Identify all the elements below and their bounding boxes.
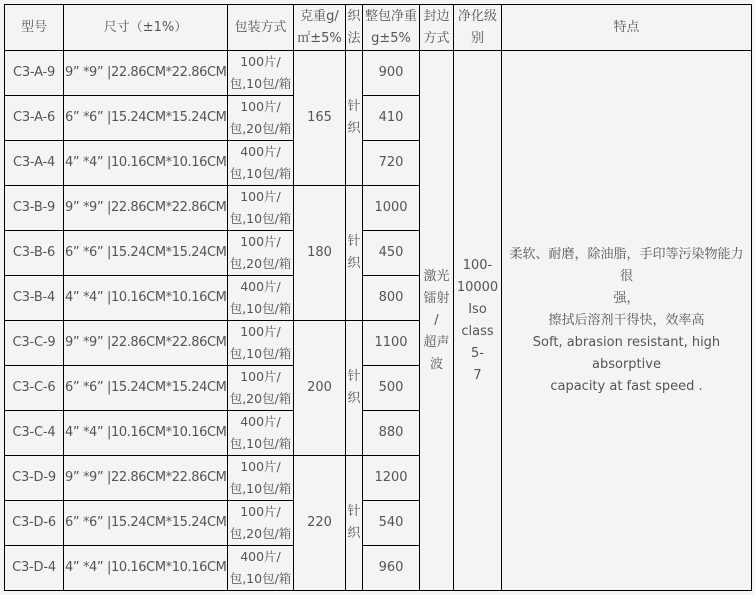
net-weight-cell: 800: [363, 276, 420, 321]
net-weight-cell: 900: [363, 51, 420, 96]
model-cell: C3-A-9: [5, 51, 64, 96]
weave-line2: 织: [346, 118, 362, 140]
packing-cell: 100片/包,20包/箱: [228, 501, 294, 546]
packing-line1: 100片/: [228, 501, 293, 523]
packing-line2: 包,10包/箱: [228, 568, 293, 590]
clean-class-line: 7: [454, 365, 501, 387]
packing-line1: 100片/: [228, 51, 293, 73]
packing-cell: 400片/包,10包/箱: [228, 276, 294, 321]
packing-cell: 100片/包,20包/箱: [228, 366, 294, 411]
header-weave: 织 法: [346, 5, 363, 51]
weave-line1: 针: [346, 366, 362, 388]
packing-line1: 100片/: [228, 366, 293, 388]
header-size: 尺寸（±1%）: [64, 5, 228, 51]
weave-cell: 针织: [346, 456, 363, 591]
weave-line1: 针: [346, 231, 362, 253]
size-cell: 4” *4” |10.16CM*10.16CM: [64, 276, 228, 321]
size-cell: 9” *9” |22.86CM*22.86CM: [64, 51, 228, 96]
net-weight-cell: 880: [363, 411, 420, 456]
packing-line2: 包,10包/箱: [228, 478, 293, 500]
packing-line1: 100片/: [228, 231, 293, 253]
packing-line2: 包,20包/箱: [228, 253, 293, 275]
table-row: C3-A-99” *9” |22.86CM*22.86CM100片/包,10包/…: [5, 51, 752, 96]
packing-cell: 400片/包,10包/箱: [228, 546, 294, 591]
size-cell: 9” *9” |22.86CM*22.86CM: [64, 186, 228, 231]
packing-cell: 100片/包,10包/箱: [228, 51, 294, 96]
net-weight-cell: 1100: [363, 321, 420, 366]
gsm-cell: 165: [294, 51, 346, 186]
packing-line1: 400片/: [228, 546, 293, 568]
model-cell: C3-D-6: [5, 501, 64, 546]
model-cell: C3-C-4: [5, 411, 64, 456]
model-cell: C3-D-9: [5, 456, 64, 501]
header-weight: 克重g/ ㎡±5%: [294, 5, 346, 51]
size-cell: 6” *6” |15.24CM*15.24CM: [64, 366, 228, 411]
weave-line1: 针: [346, 501, 362, 523]
packing-line2: 包,20包/箱: [228, 523, 293, 545]
header-weave-line2: 法: [346, 28, 362, 50]
model-cell: C3-B-6: [5, 231, 64, 276]
header-net-line1: 整包净重: [363, 6, 419, 28]
packing-line2: 包,10包/箱: [228, 433, 293, 455]
net-weight-cell: 540: [363, 501, 420, 546]
packing-line2: 包,10包/箱: [228, 298, 293, 320]
clean-class-line: class 5-: [454, 321, 501, 365]
edge-method-line: /: [420, 310, 453, 332]
net-weight-cell: 1000: [363, 186, 420, 231]
packing-line1: 100片/: [228, 456, 293, 478]
model-cell: C3-B-4: [5, 276, 64, 321]
header-net-weight: 整包净重 g±5%: [363, 5, 420, 51]
header-edge: 封边 方式: [420, 5, 454, 51]
header-weight-line2: ㎡±5%: [294, 28, 345, 50]
net-weight-cell: 720: [363, 141, 420, 186]
header-model: 型号: [5, 5, 64, 51]
model-cell: C3-C-9: [5, 321, 64, 366]
net-weight-cell: 500: [363, 366, 420, 411]
header-net-line2: g±5%: [363, 28, 419, 50]
feature-line: 柔软、耐磨，除油脂，手印等污染物能力很: [504, 244, 749, 288]
feature-line: Soft, abrasion resistant, high absorptiv…: [504, 332, 749, 376]
edge-method-line: 超声: [420, 332, 453, 354]
gsm-cell: 200: [294, 321, 346, 456]
net-weight-cell: 450: [363, 231, 420, 276]
weave-line1: 针: [346, 96, 362, 118]
edge-method-line: 镭射: [420, 288, 453, 310]
header-weight-line1: 克重g/: [294, 6, 345, 28]
product-spec-table: 型号 尺寸（±1%） 包装方式 克重g/ ㎡±5% 织 法 整包净重 g±5% …: [4, 4, 752, 591]
clean-class-line: 10000: [454, 277, 501, 299]
weave-line2: 织: [346, 523, 362, 545]
packing-line1: 100片/: [228, 96, 293, 118]
model-cell: C3-A-6: [5, 96, 64, 141]
weave-line2: 织: [346, 388, 362, 410]
packing-cell: 100片/包,20包/箱: [228, 231, 294, 276]
weave-cell: 针织: [346, 321, 363, 456]
feature-line: capacity at fast speed .: [504, 376, 749, 398]
size-cell: 9” *9” |22.86CM*22.86CM: [64, 321, 228, 366]
packing-cell: 400片/包,10包/箱: [228, 141, 294, 186]
packing-line1: 100片/: [228, 321, 293, 343]
packing-line1: 400片/: [228, 411, 293, 433]
weave-line2: 织: [346, 253, 362, 275]
packing-line2: 包,20包/箱: [228, 118, 293, 140]
size-cell: 4” *4” |10.16CM*10.16CM: [64, 141, 228, 186]
model-cell: C3-D-4: [5, 546, 64, 591]
gsm-cell: 220: [294, 456, 346, 591]
packing-line2: 包,10包/箱: [228, 208, 293, 230]
feature-line: 强，: [504, 288, 749, 310]
size-cell: 4” *4” |10.16CM*10.16CM: [64, 411, 228, 456]
spec-table-wrapper: 型号 尺寸（±1%） 包装方式 克重g/ ㎡±5% 织 法 整包净重 g±5% …: [4, 4, 752, 591]
packing-cell: 100片/包,10包/箱: [228, 456, 294, 501]
packing-cell: 100片/包,10包/箱: [228, 186, 294, 231]
net-weight-cell: 410: [363, 96, 420, 141]
feature-line: 擦拭后溶剂干得快，效率高: [504, 310, 749, 332]
clean-class-line: 100-: [454, 255, 501, 277]
packing-line2: 包,20包/箱: [228, 388, 293, 410]
header-class: 净化级 别: [454, 5, 502, 51]
packing-cell: 100片/包,10包/箱: [228, 321, 294, 366]
header-row: 型号 尺寸（±1%） 包装方式 克重g/ ㎡±5% 织 法 整包净重 g±5% …: [5, 5, 752, 51]
clean-class-cell: 100-10000Isoclass 5-7: [454, 51, 502, 591]
packing-line1: 400片/: [228, 141, 293, 163]
net-weight-cell: 960: [363, 546, 420, 591]
size-cell: 6” *6” |15.24CM*15.24CM: [64, 501, 228, 546]
model-cell: C3-A-4: [5, 141, 64, 186]
table-body: C3-A-99” *9” |22.86CM*22.86CM100片/包,10包/…: [5, 51, 752, 591]
edge-method-line: 激光: [420, 266, 453, 288]
header-class-line2: 别: [454, 28, 501, 50]
edge-method-line: 波: [420, 354, 453, 376]
features-cell: 柔软、耐磨，除油脂，手印等污染物能力很强，擦拭后溶剂干得快，效率高Soft, a…: [502, 51, 752, 591]
header-features: 特点: [502, 5, 752, 51]
edge-method-cell: 激光镭射/超声波: [420, 51, 454, 591]
weave-cell: 针织: [346, 186, 363, 321]
packing-line2: 包,10包/箱: [228, 73, 293, 95]
header-edge-line1: 封边: [420, 6, 453, 28]
size-cell: 6” *6” |15.24CM*15.24CM: [64, 96, 228, 141]
packing-cell: 400片/包,10包/箱: [228, 411, 294, 456]
model-cell: C3-B-9: [5, 186, 64, 231]
net-weight-cell: 1200: [363, 456, 420, 501]
gsm-cell: 180: [294, 186, 346, 321]
header-class-line1: 净化级: [454, 6, 501, 28]
clean-class-line: Iso: [454, 299, 501, 321]
packing-line1: 400片/: [228, 276, 293, 298]
packing-line2: 包,10包/箱: [228, 163, 293, 185]
size-cell: 9” *9” |22.86CM*22.86CM: [64, 456, 228, 501]
packing-line2: 包,10包/箱: [228, 343, 293, 365]
header-edge-line2: 方式: [420, 28, 453, 50]
size-cell: 4” *4” |10.16CM*10.16CM: [64, 546, 228, 591]
header-weave-line1: 织: [346, 6, 362, 28]
header-packing: 包装方式: [228, 5, 294, 51]
packing-cell: 100片/包,20包/箱: [228, 96, 294, 141]
model-cell: C3-C-6: [5, 366, 64, 411]
packing-line1: 100片/: [228, 186, 293, 208]
size-cell: 6” *6” |15.24CM*15.24CM: [64, 231, 228, 276]
weave-cell: 针织: [346, 51, 363, 186]
